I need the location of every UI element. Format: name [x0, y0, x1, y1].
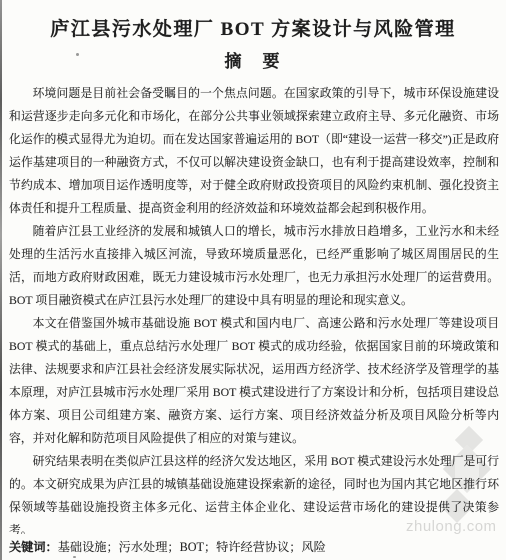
scan-speck [430, 26, 432, 28]
abstract-paragraph-4: 研究结果表明在类似庐江县这样的经济欠发达地区，采用 BOT 模式建设污水处理厂是… [9, 450, 499, 534]
keywords-text: 基础设施；污水处理；BOT；特许经营协议；风险 [58, 540, 326, 554]
abstract-body: 环境问题是目前社会备受瞩目的一个焦点问题。在国家政策的引导下，城市环保设施建设和… [9, 82, 499, 534]
abstract-paragraph-1: 环境问题是目前社会备受瞩目的一个焦点问题。在国家政策的引导下，城市环保设施建设和… [9, 82, 499, 220]
keywords-label: 关键词： [9, 540, 58, 554]
abstract-heading: 摘 要 [0, 47, 506, 72]
keywords-line: 关键词：基础设施；污水处理；BOT；特许经营协议；风险 [9, 538, 499, 555]
abstract-paragraph-2: 随着庐江县工业经济的发展和城镇人口的增长，城市污水排放日趋增多，工业污水和未经处… [9, 220, 499, 312]
scan-speck [73, 556, 76, 558]
scan-speck [76, 53, 79, 56]
scanned-abstract-page: zhulong.com 庐江县污水处理厂 BOT 方案设计与风险管理 摘 要 环… [0, 0, 506, 560]
scan-edge-artifact [0, 0, 2, 560]
abstract-paragraph-3: 本文在借鉴国外城市基础设施 BOT 模式和国内电厂、高速公路和污水处理厂等建设项… [9, 312, 499, 450]
